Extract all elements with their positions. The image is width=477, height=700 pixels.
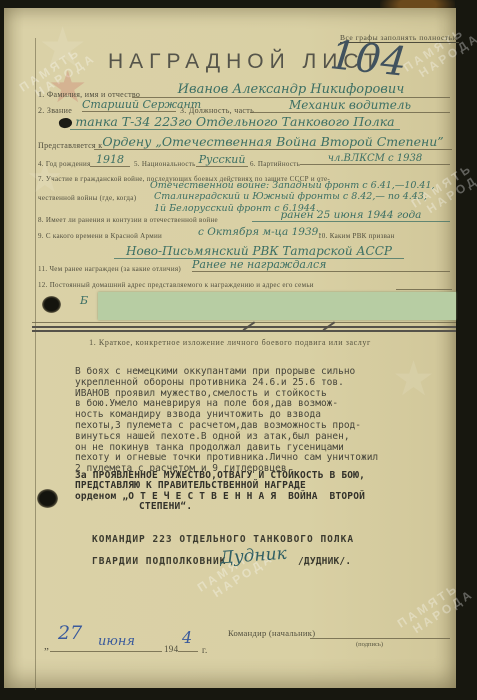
war-service-value-line1: Отечественной войне: Западный фронт с 6.… <box>150 180 435 191</box>
signature-rule <box>310 638 450 639</box>
citation-line: винуться нашей пехоте.В одной из атак,бы… <box>75 432 378 443</box>
watermark-star-icon: ★ <box>392 356 435 404</box>
army-since-value: с Октября м-ца 1939. <box>198 226 322 238</box>
hole-punch <box>37 489 58 508</box>
commander-unit-line: КОМАНДИР 223 ОТДЕЛЬНОГО ТАНКОВОГО ПОЛКА <box>92 535 354 545</box>
wounds-label: 8. Имеет ли ранения и контузии в отечест… <box>38 216 218 224</box>
war-service-label-line2: чественной войны (где, когда) <box>38 194 136 202</box>
birth-year-label: 4. Год рождения <box>38 160 91 168</box>
margin-line <box>35 38 36 690</box>
watermark-pamyat-naroda: ПАМЯТЬНАРОДА <box>395 576 476 641</box>
date-open-quote: „ <box>44 640 49 652</box>
scanned-document: ПАМЯТЬНАРОДА ПАМЯТЬНАРОДА ПАМЯТЬНАРОДА П… <box>0 0 477 700</box>
citation-body: В боях с немецкими оккупантами при проры… <box>75 367 378 475</box>
citation-line: укрепленной обороны противника 24.6.и 25… <box>75 378 378 389</box>
conclusion-line: СТЕПЕНИ“. <box>139 502 365 512</box>
commander-rank-line: ГВАРДИИ ПОДПОЛКОВНИК <box>92 557 226 567</box>
home-address-first-letter: Б <box>80 294 88 307</box>
citation-conclusion: За ПРОЯВЛЕННОЕ МУЖЕСТВО,ОТВАГУ И СТОЙКОС… <box>75 471 365 512</box>
watermark-pamyat-naroda: ПАМЯТЬНАРОДА <box>401 20 477 85</box>
date-rule <box>178 651 198 652</box>
signature-note: (подпись) <box>356 641 383 648</box>
presented-for-value: Ордену „Отечественная Война Второй Степе… <box>94 134 452 150</box>
rvk-label: 10. Каким РВК призван <box>318 232 395 240</box>
presented-for-label: Представляется к <box>38 141 102 150</box>
document-number: 104 <box>328 32 409 86</box>
footer-commander-label: Командир (начальник) <box>228 628 315 638</box>
hole-punch <box>42 296 61 313</box>
prior-awards-value: Ранее не награждался <box>192 258 450 272</box>
commander-autograph: Дудник <box>219 544 287 569</box>
date-year-hand: 4 <box>182 628 192 647</box>
party-value: чл.ВЛКСМ с 1938 <box>300 153 450 165</box>
field-unit-value: танка Т-34 223го Отдельного Танкового По… <box>70 114 400 130</box>
rvk-value: Ново-Письмянский РВК Татарской АССР <box>114 244 404 259</box>
date-day-value: 27 <box>58 622 82 644</box>
award-sheet-paper: ПАМЯТЬНАРОДА ПАМЯТЬНАРОДА ПАМЯТЬНАРОДА П… <box>4 8 456 688</box>
section-rule <box>32 322 456 323</box>
field-rank-label: 2. Звание <box>38 106 72 115</box>
party-label: 6. Партийность <box>250 160 300 168</box>
army-since-label: 9. С какого времени в Красной Армии <box>38 232 162 240</box>
wounds-value: ранен 25 июня 1944 года <box>252 209 450 222</box>
date-year-suffix: г. <box>202 645 208 655</box>
citation-heading: 1. Краткое, конкретное изложение личного… <box>4 338 456 347</box>
date-rule <box>50 651 162 652</box>
home-address-label: 12. Постоянный домашний адрес представля… <box>38 281 314 289</box>
birth-year-value: 1918 <box>90 153 130 167</box>
nationality-label: 5. Национальность <box>134 160 196 168</box>
prior-awards-label: 11. Чем ранее награжден (за какие отличи… <box>38 265 181 273</box>
conclusion-line: орденом „О Т Е Ч Е С Т В Е Н Н А Я ВОЙНА… <box>75 492 365 502</box>
field-name-value: Иванов Александр Никифорович <box>132 82 450 98</box>
date-year-printed: 194 <box>164 644 178 654</box>
field-rank-value: Старший Сержант <box>82 98 176 112</box>
nationality-value: Русский <box>196 153 248 167</box>
blank-rule <box>396 289 452 290</box>
commander-name-typed: /ДУДНИК/. <box>298 557 351 567</box>
war-service-value-line2: Сталинградский и Южный фронты с 8.42,— п… <box>154 191 427 202</box>
redaction-box <box>98 292 456 320</box>
field-position-value: Механик водитель <box>250 98 450 113</box>
date-month-value: июня <box>98 634 135 649</box>
